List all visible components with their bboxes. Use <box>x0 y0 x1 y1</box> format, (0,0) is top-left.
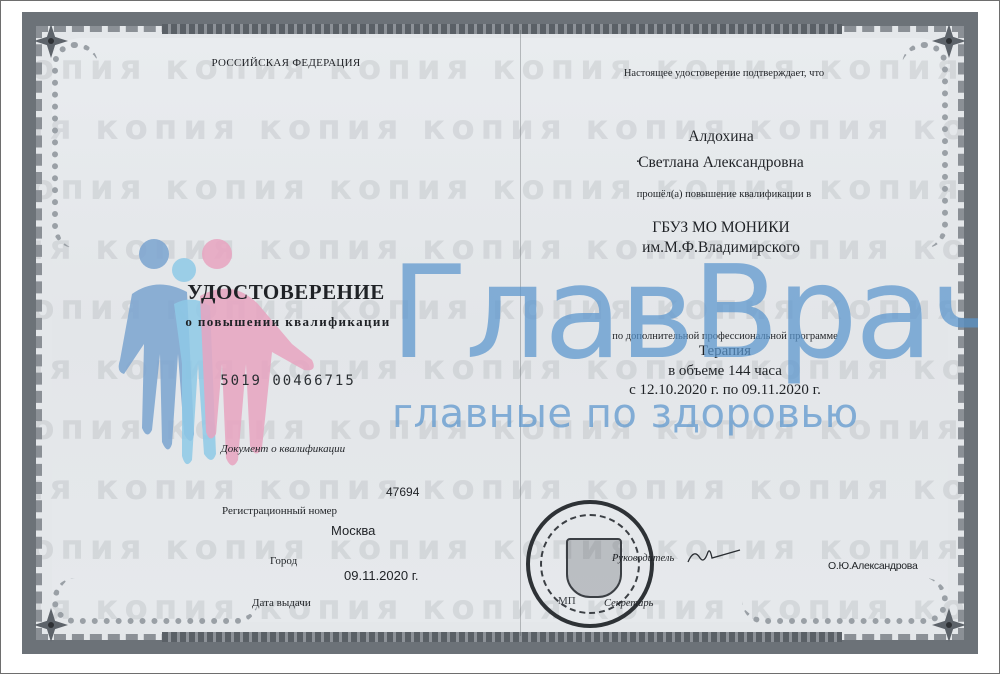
ornamental-ribbon-bottom-left <box>52 578 258 624</box>
screenshot-frame: копия копия копия копия копия копия копи… <box>0 0 1000 674</box>
brand-logo-hands-icon <box>112 234 332 474</box>
institution-name: ГБУЗ МО МОНИКИ <box>652 219 789 237</box>
certificate-subtitle: о повышении квалификации <box>185 314 390 330</box>
brand-tagline-watermark: главные по здоровью <box>392 394 859 434</box>
registration-number-value: 47694 <box>386 485 419 499</box>
certificate-title: УДОСТОВЕРЕНИЕ <box>187 280 385 305</box>
passed-training-text: прошёл(а) повышение квалификации в <box>637 189 812 200</box>
certificate-document: копия копия копия копия копия копия копи… <box>22 12 978 654</box>
head-label: Руководитель <box>612 553 674 564</box>
issue-date-value: 09.11.2020 г. <box>344 568 418 583</box>
issue-date-label: Дата выдачи <box>252 597 311 609</box>
city-value: Москва <box>331 523 375 538</box>
head-name: О.Ю.Александрова <box>828 560 918 572</box>
brand-name-watermark: ГлавВрач <box>390 250 978 378</box>
ornamental-band-top <box>162 24 842 34</box>
holder-surname: Алдохина <box>688 128 753 146</box>
country-label: РОССИЙСКАЯ ФЕДЕРАЦИЯ <box>211 57 360 69</box>
stamp-mp-label: МП <box>558 595 576 607</box>
ornamental-ribbon-top-left <box>52 42 98 248</box>
ornamental-ribbon-bottom-right <box>742 578 948 624</box>
city-label: Город <box>270 555 297 567</box>
ornamental-band-bottom <box>162 632 842 642</box>
intro-text: Настоящее удостоверение подтверждает, чт… <box>624 68 824 79</box>
document-type-label: Документ о квалификации <box>221 443 345 455</box>
registration-number-label: Регистрационный номер <box>222 505 337 517</box>
secretary-label: Секретарь <box>604 598 653 609</box>
signature-icon <box>684 544 744 568</box>
ornamental-ribbon-top-right <box>902 42 948 248</box>
serial-number: 5019 00466715 <box>220 373 356 389</box>
holder-given-names: Светлана Александровна <box>638 154 804 172</box>
